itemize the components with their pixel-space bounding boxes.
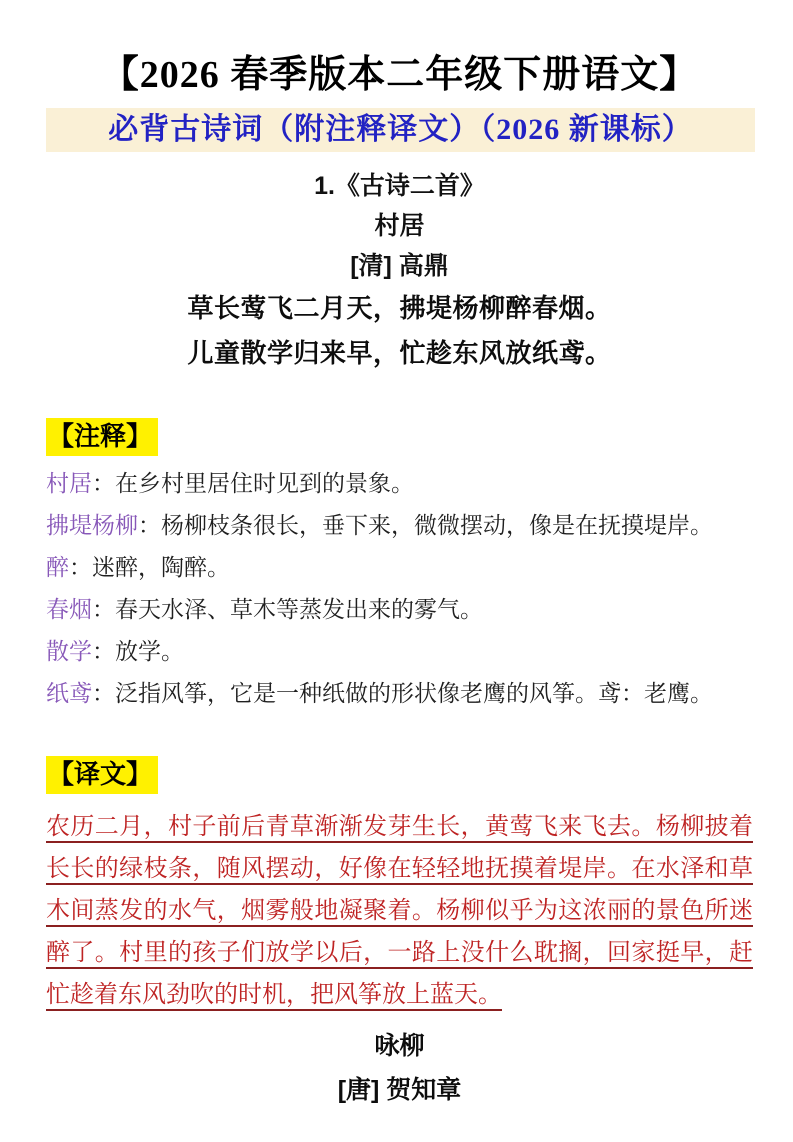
- annotation-separator: ：: [138, 512, 161, 538]
- annotation-definition: 在乡村里居住时见到的景象。: [115, 470, 414, 496]
- translation-section: 【译文】 农历二月，村子前后青草渐渐发芽生长，黄莺飞来飞去。杨柳披着长长的绿枝条…: [46, 756, 753, 1016]
- annotation-separator: ：: [69, 554, 92, 580]
- annotation-separator: ：: [92, 638, 115, 664]
- poem-section: 1.《古诗二首》 村居 [清] 高鼎 草长莺飞二月天，拂堤杨柳醉春烟。 儿童散学…: [46, 166, 753, 376]
- annotation-item: 醉：迷醉，陶醉。: [46, 552, 753, 582]
- document-title: 【2026 春季版本二年级下册语文】: [46, 52, 753, 100]
- annotations-section: 【注释】 村居：在乡村里居住时见到的景象。 拂堤杨柳：杨柳枝条很长，垂下来，微微…: [46, 418, 753, 708]
- annotation-list: 村居：在乡村里居住时见到的景象。 拂堤杨柳：杨柳枝条很长，垂下来，微微摆动，像是…: [46, 468, 753, 708]
- annotation-term: 散学: [46, 638, 92, 664]
- annotation-separator: ：: [92, 680, 115, 706]
- annotation-definition: 春天水泽、草木等蒸发出来的雾气。: [115, 596, 483, 622]
- annotation-item: 散学：放学。: [46, 636, 753, 666]
- annotation-term: 纸鸢: [46, 680, 92, 706]
- poem-line: 儿童散学归来早，忙趁东风放纸鸢。: [46, 331, 753, 376]
- annotation-term: 村居: [46, 470, 92, 496]
- next-poem-author: [唐] 贺知章: [46, 1068, 753, 1112]
- annotation-item: 村居：在乡村里居住时见到的景象。: [46, 468, 753, 498]
- next-poem-title: 咏柳: [46, 1024, 753, 1068]
- annotation-term: 拂堤杨柳: [46, 512, 138, 538]
- annotations-heading: 【注释】: [46, 418, 158, 456]
- annotation-separator: ：: [92, 596, 115, 622]
- annotation-term: 春烟: [46, 596, 92, 622]
- annotation-item: 拂堤杨柳：杨柳枝条很长，垂下来，微微摆动，像是在抚摸堤岸。: [46, 510, 753, 540]
- translation-heading: 【译文】: [46, 756, 158, 794]
- annotation-separator: ：: [92, 470, 115, 496]
- poem-line: 草长莺飞二月天，拂堤杨柳醉春烟。: [46, 286, 753, 331]
- poem-title: 村居: [46, 206, 753, 246]
- next-poem-section: 咏柳 [唐] 贺知章: [46, 1024, 753, 1112]
- poem-author: [清] 高鼎: [46, 246, 753, 286]
- annotation-term: 醉: [46, 554, 69, 580]
- annotation-definition: 泛指风筝，它是一种纸做的形状像老鹰的风筝。鸢：老鹰。: [115, 680, 713, 706]
- translation-text: 农历二月，村子前后青草渐渐发芽生长，黄莺飞来飞去。杨柳披着长长的绿枝条，随风摆动…: [46, 806, 753, 1016]
- document-subtitle: 必背古诗词（附注释译文）（2026 新课标）: [108, 113, 693, 146]
- subtitle-band: 必背古诗词（附注释译文）（2026 新课标）: [46, 108, 755, 152]
- poem-collection-title: 1.《古诗二首》: [46, 166, 753, 206]
- document-page: 【2026 春季版本二年级下册语文】 必背古诗词（附注释译文）（2026 新课标…: [0, 0, 793, 1142]
- annotation-definition: 放学。: [115, 638, 184, 664]
- annotation-item: 纸鸢：泛指风筝，它是一种纸做的形状像老鹰的风筝。鸢：老鹰。: [46, 678, 753, 708]
- annotation-definition: 杨柳枝条很长，垂下来，微微摆动，像是在抚摸堤岸。: [161, 512, 713, 538]
- annotation-item: 春烟：春天水泽、草木等蒸发出来的雾气。: [46, 594, 753, 624]
- annotation-definition: 迷醉，陶醉。: [92, 554, 230, 580]
